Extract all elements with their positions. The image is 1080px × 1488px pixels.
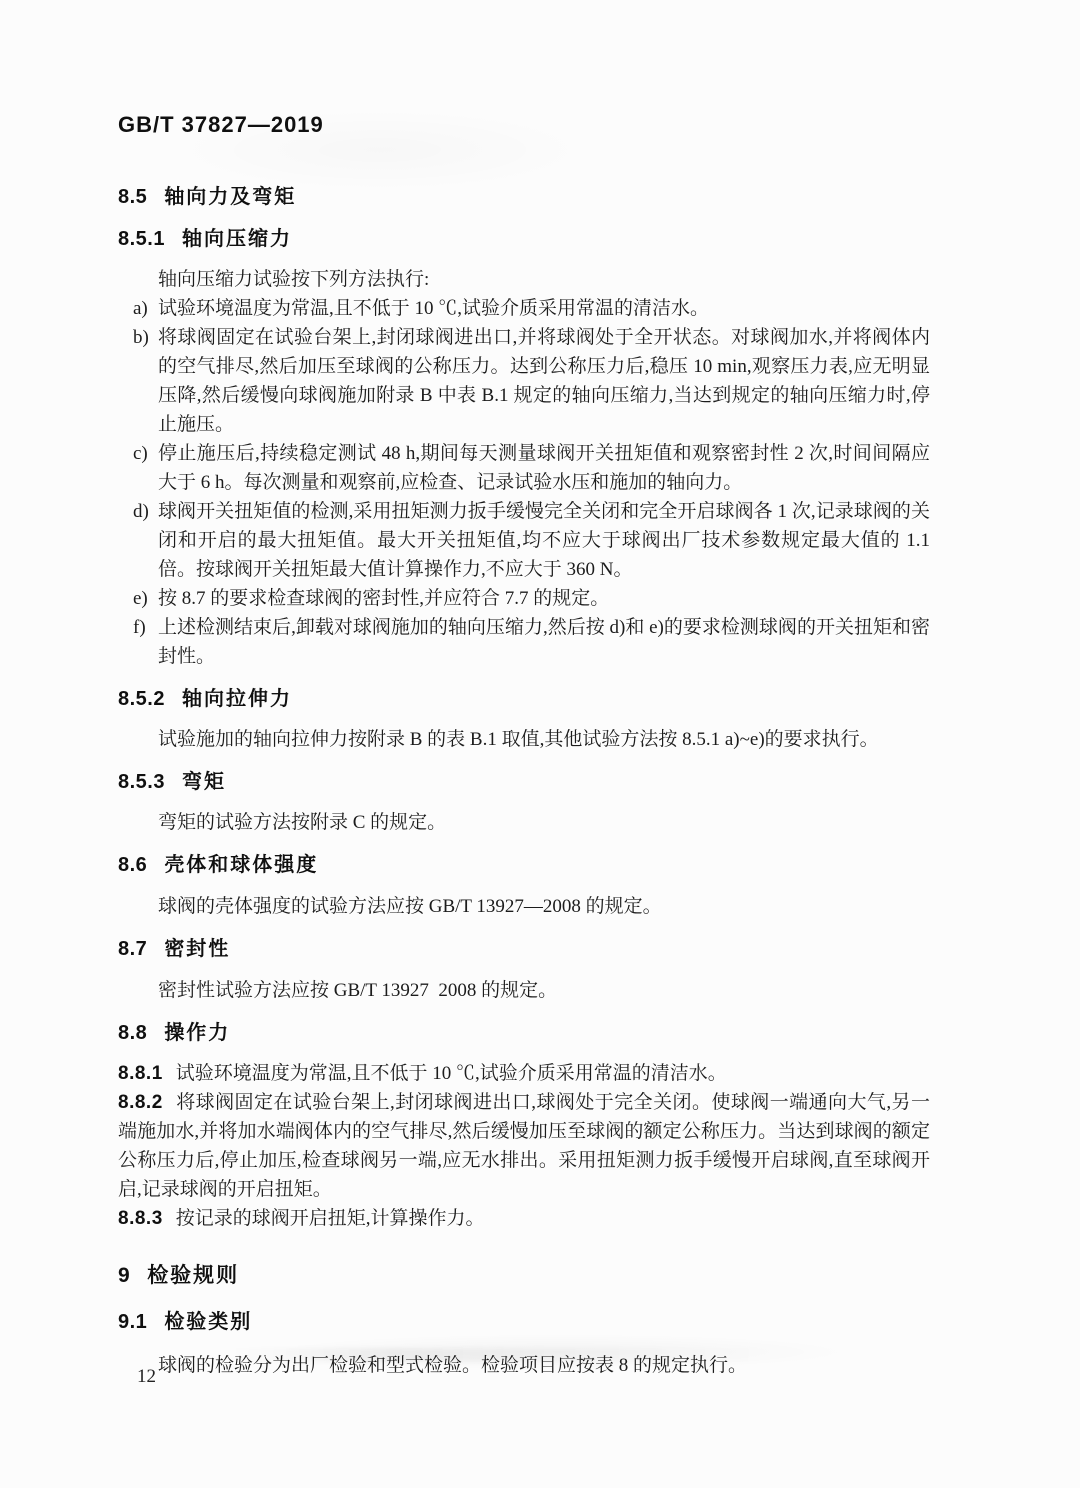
section-title: 检验类别 (164, 1311, 252, 1333)
section-title: 操作力 (164, 1022, 230, 1044)
lettered-list-8-5-1: a) 试验环境温度为常温,且不低于 10 ℃,试验介质采用常温的清洁水。 b) … (118, 294, 930, 671)
section-number: 8.7 (118, 936, 147, 962)
section-title: 轴向力及弯矩 (164, 186, 296, 208)
section-8-8-heading: 8.8操作力 (118, 1020, 930, 1046)
section-title: 壳体和球体强度 (164, 854, 318, 876)
page-content: GB/T 37827—2019 8.5轴向力及弯矩 8.5.1轴向压缩力 轴向压… (118, 112, 930, 1380)
clause-number: 8.8.3 (118, 1208, 163, 1229)
list-item-c: c) 停止施压后,持续稳定测试 48 h,期间每天测量球阀开关扭矩值和观察密封性… (118, 439, 930, 497)
clause-8-8-2: 8.8.2将球阀固定在试验台架上,封闭球阀进出口,球阀处于完全关闭。使球阀一端通… (118, 1088, 930, 1204)
section-number: 8.6 (118, 852, 147, 878)
clause-text: 将球阀固定在试验台架上,封闭球阀进出口,球阀处于完全关闭。使球阀一端通向大气,另… (118, 1092, 930, 1200)
list-item-text: 试验环境温度为常温,且不低于 10 ℃,试验介质采用常温的清洁水。 (158, 298, 709, 319)
section-number: 8.5.1 (118, 226, 165, 252)
section-number: 8.5.2 (118, 686, 165, 712)
section-8-6-heading: 8.6壳体和球体强度 (118, 852, 930, 878)
section-8-7-heading: 8.7密封性 (118, 936, 930, 962)
list-marker: f) (133, 613, 146, 642)
list-item-text: 按 8.7 的要求检查球阀的密封性,并应符合 7.7 的规定。 (158, 588, 609, 609)
standard-code-header: GB/T 37827—2019 (118, 112, 930, 138)
page-number: 12 (137, 1366, 156, 1388)
clause-8-8-3: 8.8.3按记录的球阀开启扭矩,计算操作力。 (118, 1204, 930, 1233)
clause-8-5-2-body: 试验施加的轴向拉伸力按附录 B 的表 B.1 取值,其他试验方法按 8.5.1 … (118, 725, 930, 754)
section-9-heading: 9检验规则 (118, 1263, 930, 1289)
section-number: 8.8 (118, 1020, 147, 1046)
section-number: 9 (118, 1263, 130, 1289)
section-number: 8.5 (118, 184, 147, 210)
section-title: 轴向拉伸力 (182, 688, 292, 710)
list-item-f: f) 上述检测结束后,卸载对球阀施加的轴向压缩力,然后按 d)和 e)的要求检测… (118, 613, 930, 671)
clause-8-5-3-body: 弯矩的试验方法按附录 C 的规定。 (118, 808, 930, 837)
clause-8-6-body: 球阀的壳体强度的试验方法应按 GB/T 13927—2008 的规定。 (118, 892, 930, 921)
clause-8-7-body: 密封性试验方法应按 GB/T 13927 2008 的规定。 (118, 976, 930, 1005)
list-item-d: d) 球阀开关扭矩值的检测,采用扭矩测力扳手缓慢完全关闭和完全开启球阀各 1 次… (118, 497, 930, 584)
list-marker: b) (133, 323, 149, 352)
list-item-text: 停止施压后,持续稳定测试 48 h,期间每天测量球阀开关扭矩值和观察密封性 2 … (158, 443, 930, 493)
document-page: GB/T 37827—2019 8.5轴向力及弯矩 8.5.1轴向压缩力 轴向压… (0, 0, 1080, 1488)
clause-number: 8.8.1 (118, 1063, 163, 1084)
section-title: 密封性 (164, 938, 230, 960)
list-item-b: b) 将球阀固定在试验台架上,封闭球阀进出口,并将球阀处于全开状态。对球阀加水,… (118, 323, 930, 439)
clause-8-8-1: 8.8.1试验环境温度为常温,且不低于 10 ℃,试验介质采用常温的清洁水。 (118, 1059, 930, 1088)
clause-8-5-1-intro: 轴向压缩力试验按下列方法执行: (118, 265, 930, 294)
section-8-5-1-heading: 8.5.1轴向压缩力 (118, 226, 930, 252)
clause-number: 8.8.2 (118, 1092, 163, 1113)
list-item-text: 上述检测结束后,卸载对球阀施加的轴向压缩力,然后按 d)和 e)的要求检测球阀的… (158, 617, 930, 667)
section-8-5-heading: 8.5轴向力及弯矩 (118, 184, 930, 210)
list-item-text: 球阀开关扭矩值的检测,采用扭矩测力扳手缓慢完全关闭和完全开启球阀各 1 次,记录… (158, 501, 930, 580)
section-8-5-2-heading: 8.5.2轴向拉伸力 (118, 686, 930, 712)
clause-text: 按记录的球阀开启扭矩,计算操作力。 (176, 1208, 485, 1229)
list-marker: c) (133, 439, 148, 468)
list-marker: e) (133, 584, 148, 613)
section-number: 8.5.3 (118, 769, 165, 795)
clause-9-1-body: 球阀的检验分为出厂检验和型式检验。检验项目应按表 8 的规定执行。 (118, 1351, 930, 1380)
list-item-text: 将球阀固定在试验台架上,封闭球阀进出口,并将球阀处于全开状态。对球阀加水,并将阀… (158, 327, 930, 435)
list-marker: a) (133, 294, 148, 323)
list-marker: d) (133, 497, 149, 526)
list-item-e: e) 按 8.7 的要求检查球阀的密封性,并应符合 7.7 的规定。 (118, 584, 930, 613)
section-title: 轴向压缩力 (182, 228, 292, 250)
list-item-a: a) 试验环境温度为常温,且不低于 10 ℃,试验介质采用常温的清洁水。 (118, 294, 930, 323)
section-9-1-heading: 9.1检验类别 (118, 1309, 930, 1335)
section-title: 弯矩 (182, 771, 226, 793)
clause-text: 试验环境温度为常温,且不低于 10 ℃,试验介质采用常温的清洁水。 (176, 1063, 727, 1084)
section-title: 检验规则 (147, 1264, 239, 1287)
section-number: 9.1 (118, 1309, 147, 1335)
section-8-5-3-heading: 8.5.3弯矩 (118, 769, 930, 795)
